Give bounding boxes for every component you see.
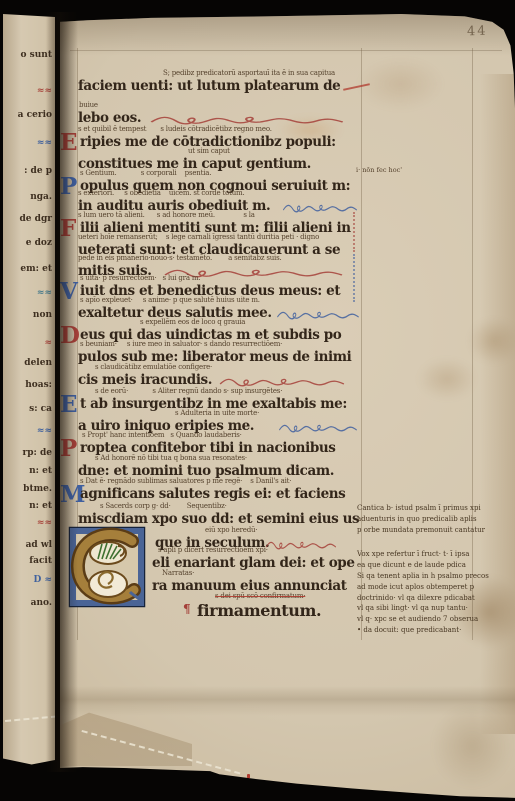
blue-margin-squiggle xyxy=(353,254,355,302)
facing-page-edge: o sunt≈≈a cerio≈≈: de pnga.de dgre dozem… xyxy=(3,14,55,766)
pen-flourish-fragment: ≈≈ xyxy=(37,426,52,436)
pen-flourish xyxy=(56,131,59,158)
text-fragment: hoas: xyxy=(25,380,52,390)
interlinear-gloss: s dei spū scō confirmatum· xyxy=(215,593,305,600)
pen-flourish xyxy=(56,483,59,510)
interlinear-gloss: s de eorū· s Aliter regnū dando s· sup i… xyxy=(95,388,282,395)
margin-gloss-block: Cantica b· istud psalm ī primus xpiaduen… xyxy=(357,503,485,535)
repaired-parchment-flap xyxy=(60,708,192,766)
pen-flourish xyxy=(56,280,59,307)
margin-gloss-line: vl q· xpc se et audiendo 7 obserua xyxy=(357,614,489,625)
interlinear-gloss: s expellēm eos de loco q grauia xyxy=(140,319,245,326)
manuscript-photo: o sunt≈≈a cerio≈≈: de pnga.de dgre dozem… xyxy=(0,0,515,801)
margin-gloss-line: Si qa tenent aplia in h psalmo precos xyxy=(357,571,489,582)
interlinear-gloss: Narratas· xyxy=(162,570,194,577)
text-fragment: : de p xyxy=(24,166,52,176)
parchment-stain xyxy=(418,358,476,400)
main-text-line: firmamentum. xyxy=(197,603,321,619)
manuscript-page: 44 S; pedibz predicatorū asportauī ita ē… xyxy=(60,14,515,801)
main-text-line: lebo eos. xyxy=(78,112,141,126)
pen-flourish xyxy=(56,393,59,420)
text-fragment: a cerio xyxy=(18,110,52,120)
text-fragment: o sunt xyxy=(21,50,52,60)
text-fragment: btme. xyxy=(23,484,52,494)
interlinear-gloss: s lum uero tā alieni. s ad honore meū. s… xyxy=(78,212,255,219)
margin-gloss-line: • da docuit: que predicabant· xyxy=(357,625,489,636)
line-filler-flourish xyxy=(276,310,360,322)
interlinear-gloss: ueteri hoīe remanserūt; s lege carnali ī… xyxy=(78,234,319,241)
interlinear-gloss: s beuniam· s iure meo in saluator· s dan… xyxy=(80,341,282,348)
main-text-line: miscdiam xpo suo dd: et semini eius us xyxy=(78,513,359,527)
interlinear-gloss: s exteriori. s obediētia uicēm. st corde… xyxy=(78,190,245,197)
line-filler-flourish xyxy=(278,423,358,435)
pen-flourish xyxy=(56,324,59,351)
interlinear-gloss: s et quibil ē tempest s ludeis cōtradicē… xyxy=(78,126,272,133)
red-margin-squiggle xyxy=(353,212,355,252)
interlinear-gloss: s Propt' hanc intentiōem s Quando laudab… xyxy=(82,432,242,439)
pen-flourish-fragment: ≈≈ xyxy=(37,288,52,298)
pen-flourish-fragment: D ≈ xyxy=(34,575,52,585)
interlinear-gloss: s apli p dicert resurrectiōem xpi· xyxy=(158,547,268,554)
interlinear-gloss: eiū xpo heredū· xyxy=(205,527,257,534)
horizontal-fold-line xyxy=(60,686,515,716)
interlinear-gloss: s apīo expleuet· s anime· p que salutē h… xyxy=(80,297,260,304)
drop-initial-F: F xyxy=(60,217,76,240)
parchment-stain xyxy=(468,318,515,364)
pen-flourish-fragment: ≈≈ xyxy=(37,518,52,528)
pen-flourish xyxy=(56,175,59,202)
main-text-line: faciem uenti: ut lutum platearum de xyxy=(78,80,340,94)
drop-initial-P: P xyxy=(60,175,77,198)
interlinear-gloss: buiue xyxy=(79,102,98,109)
text-fragment: ad wl xyxy=(26,540,52,550)
margin-gloss-line: doctrinido· vl qa dilexre pdicabat xyxy=(357,593,489,604)
drop-initial-E: E xyxy=(60,393,78,416)
interlinear-gloss: pede in eis pmanerio·nouo·s· testamēto. … xyxy=(78,255,282,262)
line-filler-flourish xyxy=(265,540,337,552)
margin-gloss-line: ad mode icut aplos obtemperet p xyxy=(357,582,489,593)
interlinear-gloss: ut sim caput xyxy=(188,148,230,155)
interlinear-gloss: s Ad honorē nō tibi tua q bona sua reson… xyxy=(95,455,247,462)
red-edge-mark xyxy=(247,774,250,780)
interlinear-gloss: s Sacerds corp g· dd· Sequentibz· xyxy=(100,503,227,510)
margin-gloss-line: vl qa sibi lingt· vl qa nup tantu· xyxy=(357,603,489,614)
text-fragment: nga. xyxy=(30,192,52,202)
drop-initial-V: V xyxy=(60,280,78,303)
main-text-line: cis meis iracundis. xyxy=(78,374,212,388)
folio-number: 44 xyxy=(467,24,488,40)
text-fragment: e doz xyxy=(26,238,52,248)
text-fragment: rp: de xyxy=(22,448,52,458)
drop-initial-D: D xyxy=(60,324,80,347)
margin-gloss-line: aduenturis in quo predicalib aplis xyxy=(357,514,485,525)
parchment-stain xyxy=(432,704,512,788)
interlinear-gloss: S; pedibz predicatorū asportauī ita ē in… xyxy=(163,70,335,77)
pen-flourish xyxy=(56,437,59,464)
illuminated-initial-C xyxy=(68,526,146,608)
interlinear-gloss: s Dat ē· regnādo sublimas saluatores p m… xyxy=(80,478,291,485)
text-fragment: n: et xyxy=(29,501,52,511)
text-fragment: s: ca xyxy=(29,404,52,414)
parchment-stitching-left xyxy=(5,715,57,722)
text-fragment: ano. xyxy=(31,598,52,608)
line-filler-flourish xyxy=(282,203,358,215)
pen-flourish-fragment: ≈≈ xyxy=(37,86,52,96)
red-hyphen-stroke xyxy=(343,83,370,91)
text-fragment: de dgr xyxy=(20,214,52,224)
drop-initial-P: P xyxy=(60,437,77,460)
main-text-line: agnificans salutes regis ei: et faciens xyxy=(80,488,345,502)
text-fragment: facit xyxy=(29,556,52,566)
paraph-mark: ¶ xyxy=(183,603,191,615)
margin-gloss-line: ea que dicunt e de laude pdica xyxy=(357,560,469,571)
margin-gloss-line: Cantica b· istud psalm ī primus xpi xyxy=(357,503,485,514)
text-fragment: n: et xyxy=(29,466,52,476)
margin-gloss-block: Vox xpe refertur ī fruct· t· ī ipsaea qu… xyxy=(357,549,469,571)
text-fragment: delen xyxy=(24,358,52,368)
margin-gloss-line: Vox xpe refertur ī fruct· t· ī ipsa xyxy=(357,549,469,560)
text-fragment: non xyxy=(33,310,52,320)
margin-gloss-line: p orbe mundata premonuit cantatur xyxy=(357,525,485,536)
margin-gloss-block: Si qa tenent aplia in h psalmo precosad … xyxy=(357,571,489,636)
drop-initial-E: E xyxy=(60,131,78,154)
pen-flourish xyxy=(56,217,59,244)
ruling-line-horizontal xyxy=(70,50,502,51)
margin-note: i· nōn fec hoc' xyxy=(356,166,402,174)
pen-flourish-fragment: ≈ xyxy=(44,338,52,348)
text-fragment: em: et xyxy=(20,264,52,274)
parchment-stain xyxy=(358,58,443,110)
interlinear-gloss: s claudicātibz emulatiōe configere· xyxy=(95,364,212,371)
ruling-line-vertical xyxy=(472,48,473,640)
interlinear-gloss: s uita· p resurrectōem· s lui grā m. xyxy=(80,275,200,282)
interlinear-gloss: s Adulteria in uite morte· xyxy=(175,410,259,417)
pen-flourish-fragment: ≈≈ xyxy=(37,138,52,148)
interlinear-gloss: s Gentium. s corporali psentia. xyxy=(80,170,211,177)
